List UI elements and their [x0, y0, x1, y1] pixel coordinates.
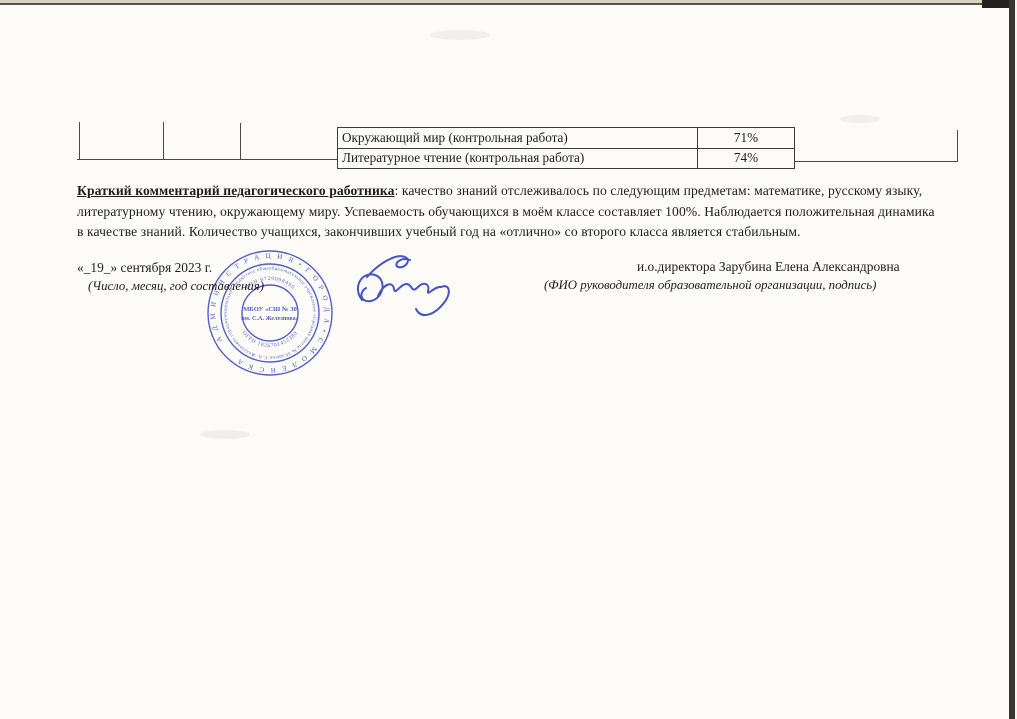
teacher-comment-label: Краткий комментарий педагогического рабо… — [77, 183, 395, 198]
stamp-center-line1: МБОУ «СШ № 30 — [243, 306, 297, 313]
official-round-stamp: А Д М И Н И С Т Р А Ц И Я • Г О Р О Д А … — [200, 245, 340, 385]
scan-smudge — [200, 430, 250, 439]
director-name-line: и.о.директора Зарубина Елена Александров… — [637, 259, 900, 275]
table-grid-vertical-2 — [163, 122, 164, 160]
stamp-center-line2: им. С.А. Железнова» — [241, 315, 299, 322]
director-caption: (ФИО руководителя образовательной органи… — [544, 278, 876, 293]
scan-smudge — [430, 30, 490, 40]
handwritten-signature — [335, 240, 485, 325]
table-grid-vertical-right — [957, 130, 958, 162]
subject-cell: Литературное чтение (контрольная работа) — [338, 149, 698, 169]
teacher-comment-paragraph: Краткий комментарий педагогического рабо… — [77, 181, 941, 243]
scan-smudge — [840, 115, 880, 123]
table-grid-bottom-right — [793, 161, 958, 162]
table-row: Литературное чтение (контрольная работа)… — [338, 148, 794, 169]
table-grid-bottom-left — [77, 159, 337, 160]
scanned-document-page: Окружающий мир (контрольная работа) 71% … — [0, 0, 1017, 719]
date-line: «_19_» сентября 2023 г. — [77, 260, 212, 276]
percent-cell: 71% — [698, 130, 794, 146]
percent-cell: 74% — [698, 150, 794, 166]
table-grid-vertical-3 — [240, 123, 241, 160]
table-grid-vertical-1 — [79, 122, 80, 160]
scan-edge-top-line — [0, 3, 1017, 5]
subject-cell: Окружающий мир (контрольная работа) — [338, 128, 698, 148]
stamp-inn-arc-text: ИНН 6729008496 — [244, 276, 296, 291]
results-table: Окружающий мир (контрольная работа) 71% … — [337, 127, 795, 169]
table-row: Окружающий мир (контрольная работа) 71% — [338, 128, 794, 148]
